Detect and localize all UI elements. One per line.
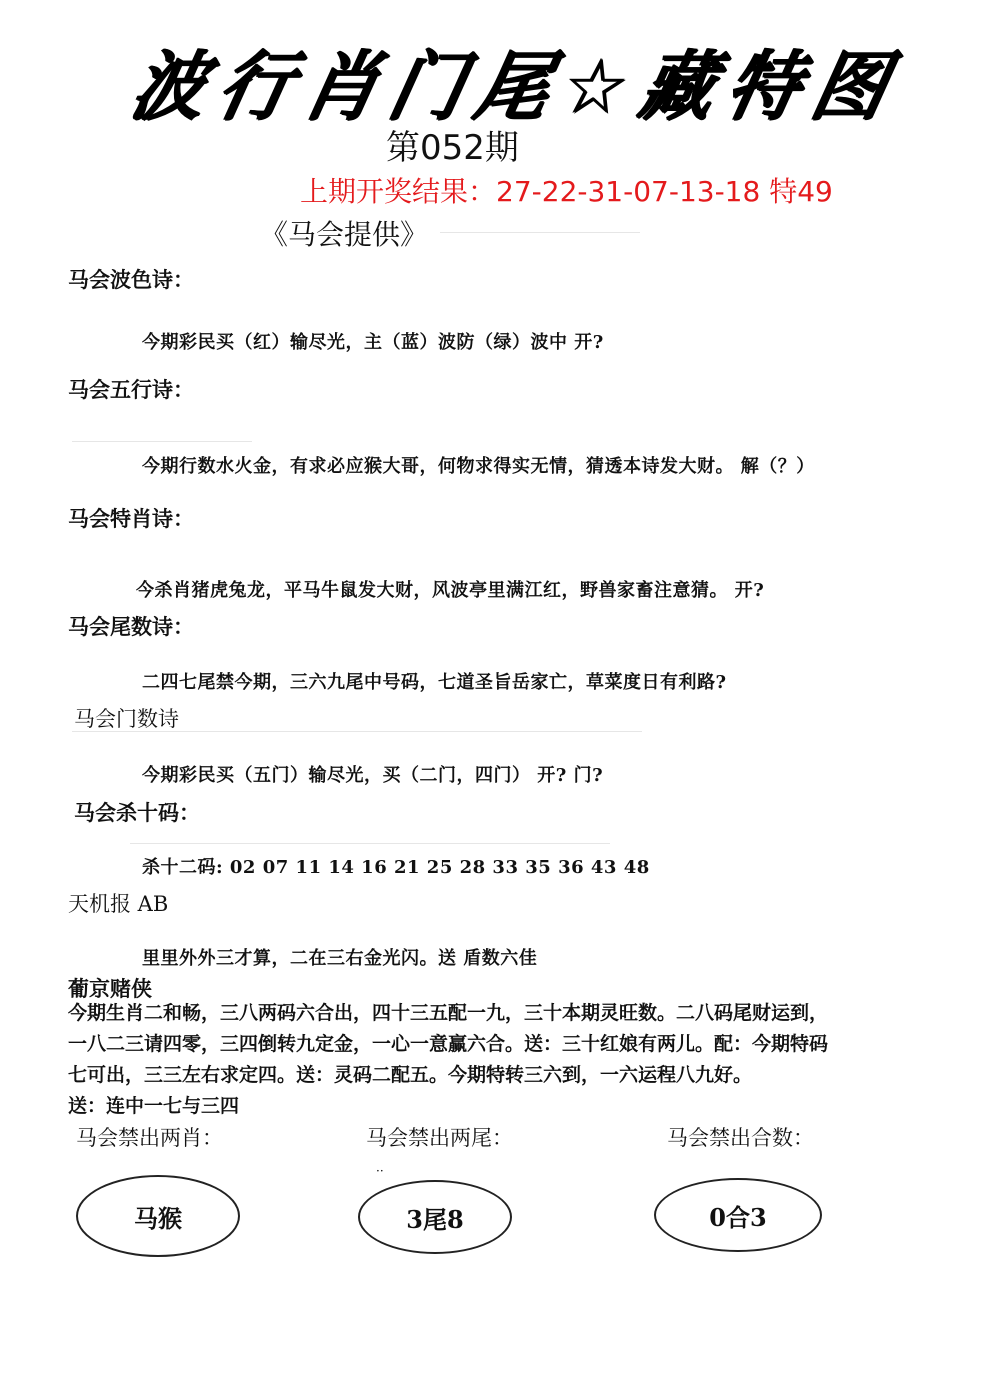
section-heading-tail-number: 马会尾数诗：	[68, 611, 194, 641]
last-draw-result: 上期开奖结果：27-22-31-07-13-18 特49	[300, 170, 833, 210]
ban-sum-label: 马会禁出合数：	[667, 1122, 814, 1152]
gambler-line-4: 送：连中一七与三四	[68, 1091, 239, 1122]
issue-number: 第052期	[386, 120, 519, 169]
poem-five-elements: 今期行数水火金，有求必应猴大哥，何物求得实无情，猜透本诗发大财。 解（？）	[142, 452, 815, 478]
ban-tail-oval: 3尾8	[358, 1180, 512, 1254]
last-result-label: 上期开奖结果：	[300, 175, 496, 208]
ban-sum-oval: 0合3	[654, 1178, 822, 1252]
poem-tianji: 里里外外三才算，二在三右金光闪。送 盾数六佳	[142, 944, 537, 970]
section-heading-gate-number: 马会门数诗	[74, 703, 179, 733]
section-heading-special-zodiac: 马会特肖诗：	[68, 503, 194, 533]
page-title: 波行肖门尾☆藏特图	[123, 25, 913, 134]
scan-artifact-line	[72, 731, 642, 732]
poem-gate-number: 今期彩民买（五门）输尽光，买（二门，四门） 开? 门?	[142, 761, 603, 787]
section-heading-tianji: 天机报 AB	[68, 888, 168, 918]
ban-tail-value: 3尾8	[406, 1200, 463, 1235]
ban-zodiac-value: 马猴	[134, 1199, 182, 1234]
scan-artifact-line	[130, 843, 610, 844]
last-result-special: 特49	[769, 175, 833, 208]
last-result-numbers: 27-22-31-07-13-18	[496, 175, 760, 208]
scan-artifact-dots: ··	[376, 1164, 384, 1178]
ban-tail-label: 马会禁出两尾：	[366, 1122, 513, 1152]
scan-artifact-line	[72, 441, 252, 442]
section-heading-five-elements: 马会五行诗：	[68, 374, 194, 404]
poem-special-zodiac: 今杀肖猪虎兔龙，平马牛鼠发大财，风波亭里满江红，野兽家畜注意猜。 开?	[136, 576, 764, 602]
ban-zodiac-label: 马会禁出两肖：	[76, 1122, 223, 1152]
section-heading-kill-ten: 马会杀十码：	[74, 797, 200, 827]
ban-sum-value: 0合3	[709, 1198, 766, 1233]
gambler-line-3: 七可出，三三左右求定四。送：灵码二配五。今期特转三六到，一六运程八九好。	[68, 1060, 752, 1091]
ban-zodiac-oval: 马猴	[76, 1175, 240, 1257]
poem-wave-color: 今期彩民买（红）输尽光，主（蓝）波防（绿）波中 开?	[142, 328, 604, 354]
gambler-line-1: 今期生肖二和畅，三八两码六合出，四十三五配一九，三十本期灵旺数。二八码尾财运到，	[68, 998, 828, 1029]
kill-numbers-list: 杀十二码: 02 07 11 14 16 21 25 28 33 35 36 4…	[142, 853, 650, 879]
section-heading-wave-color: 马会波色诗：	[68, 264, 194, 294]
poem-tail-number: 二四七尾禁今期，三六九尾中号码，七道圣旨岳家亡，草菜度日有利路?	[142, 668, 727, 694]
gambler-line-2: 一八二三请四零，三四倒转九定金，一心一意赢六合。送：三十红娘有两儿。配：今期特码	[68, 1029, 828, 1060]
provider-label: 《马会提供》	[260, 213, 428, 253]
scan-artifact-line	[440, 232, 640, 233]
